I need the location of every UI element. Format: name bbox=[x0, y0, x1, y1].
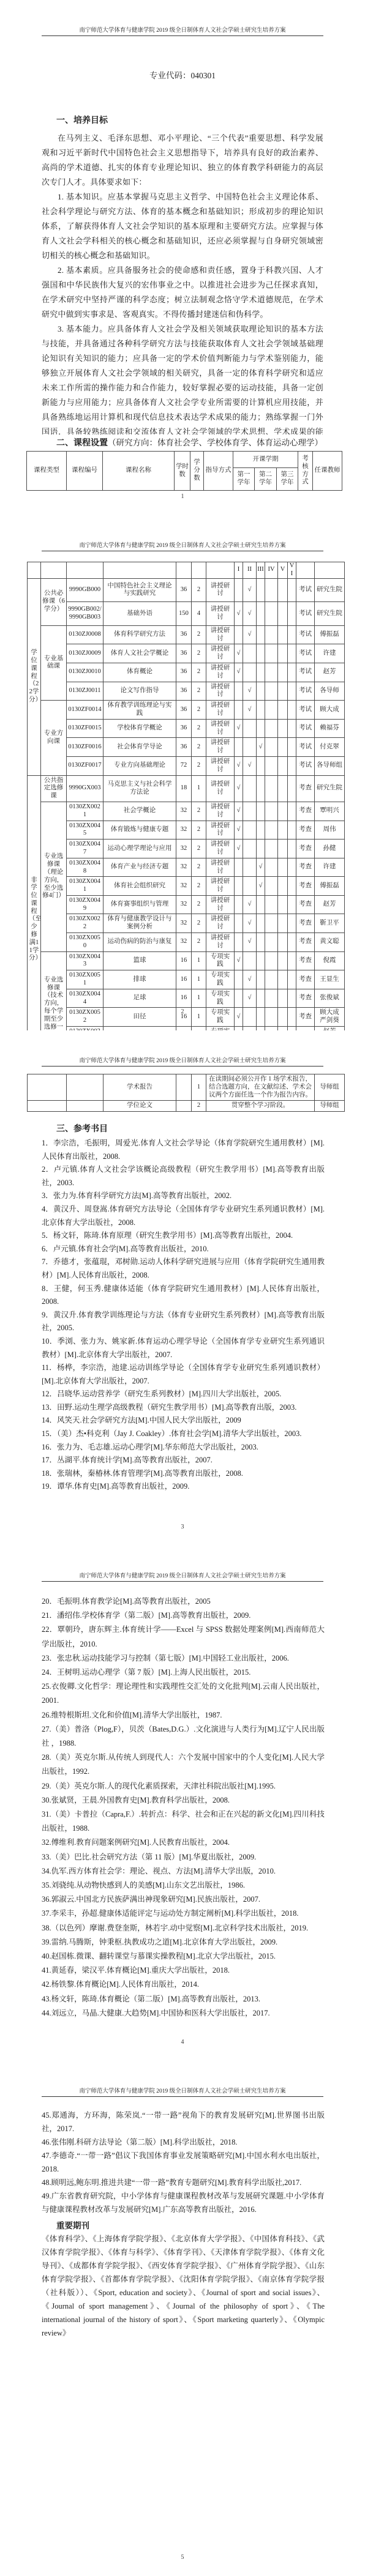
table-cell: 讲授研讨 bbox=[206, 858, 235, 877]
table-cell: 公共必修课（6学分） bbox=[41, 578, 67, 625]
table-cell: √ bbox=[235, 802, 243, 821]
table-cell bbox=[278, 821, 288, 839]
table-cell: √ bbox=[257, 738, 265, 757]
table-cell bbox=[278, 738, 288, 757]
table-cell: 讲授研讨 bbox=[206, 602, 235, 626]
table-cell: 体育教学训练理论与实践 bbox=[103, 701, 176, 720]
reference-item: 12．吕晓华.运动营养学（研究生系列教材）[M].四川大学出版社，2005. bbox=[42, 1388, 325, 1401]
table-row: 0130ZX0047运动心理学理论与应用322讲授研讨√考查孙健 bbox=[28, 839, 345, 858]
table-cell: 孙健 bbox=[315, 839, 345, 858]
table-cell bbox=[235, 738, 243, 757]
table-cell bbox=[28, 1101, 67, 1112]
table-cell bbox=[265, 775, 278, 802]
table-cell bbox=[103, 562, 176, 579]
table-cell: 1 bbox=[192, 951, 206, 970]
table-cell: 研究生院 bbox=[315, 775, 345, 802]
table-cell bbox=[278, 839, 288, 858]
reference-item: 14．风笑天.社会学研究方法[M].中国人民大学出版社，2009 bbox=[42, 1414, 325, 1428]
table-cell: 中国特色社会主义理论与实践研究 bbox=[103, 578, 176, 602]
table-cell: 36 bbox=[176, 644, 192, 663]
table-cell: √ bbox=[243, 578, 257, 602]
table-cell: 第一学年 bbox=[233, 468, 255, 491]
table-cell bbox=[257, 989, 265, 1008]
table-cell bbox=[257, 775, 265, 802]
table-cell bbox=[67, 1101, 103, 1112]
page-number: 2 bbox=[0, 1008, 365, 1015]
table-cell bbox=[288, 756, 296, 775]
reference-item: 21．潘绍伟.学校体育学（第二版）[M].高等教育出版社，2009. bbox=[42, 1609, 325, 1623]
reference-item: 8．王健，何玉秀.健康体适能（体育学院研究生通用教材）[M].人民体育出版社，2… bbox=[42, 1282, 325, 1309]
table-cell: 2 bbox=[192, 1101, 206, 1112]
table-cell: 考试 bbox=[296, 602, 315, 626]
course-table-main: IIIIIIIVVVI学位课程（22学分）公共必修课（6学分）9990GB000… bbox=[27, 562, 345, 1030]
table-cell bbox=[278, 578, 288, 602]
table-cell: 考查 bbox=[296, 821, 315, 839]
table-cell: 讲授研讨 bbox=[206, 701, 235, 720]
reference-item: 42.杨铁黎.体育概论[M].人民体育出版社，2014. bbox=[42, 1978, 325, 1992]
reference-item: 25.衣俊卿.文化哲学：理论理性和实践理性交汇处的文化批判[M].云南人民出版社… bbox=[42, 1680, 325, 1708]
table-cell: 讲授研讨 bbox=[206, 839, 235, 858]
table-cell: 考试 bbox=[296, 738, 315, 757]
table-cell bbox=[288, 602, 296, 626]
table-cell bbox=[243, 719, 257, 738]
table-cell bbox=[257, 602, 265, 626]
table-cell bbox=[278, 663, 288, 682]
table-cell bbox=[265, 663, 278, 682]
table-cell: IV bbox=[265, 562, 278, 579]
table-cell: 考查 bbox=[296, 989, 315, 1008]
reference-item: 20．毛振明.体育教学论[M].高等教育出版社，2005 bbox=[42, 1595, 325, 1609]
table-cell: 体育人文社会学概论 bbox=[103, 644, 176, 663]
table-row: 0130ZJ0011论文写作指导362讲授研讨√考试各导师 bbox=[28, 682, 345, 701]
table-cell bbox=[257, 970, 265, 989]
reference-item: 23．张忠秋.运动技能学习与控制（第七版）[M].中国轻工业出版社，2006. bbox=[42, 1651, 325, 1666]
table-cell: 讲授研讨 bbox=[206, 756, 235, 775]
table-cell bbox=[235, 914, 243, 933]
table-cell bbox=[243, 951, 257, 970]
table-cell: 0130ZF0016 bbox=[67, 738, 103, 757]
table-cell bbox=[257, 951, 265, 970]
table-cell bbox=[265, 719, 278, 738]
table-cell: 傅振磊 bbox=[315, 877, 345, 896]
table-cell bbox=[176, 1074, 192, 1101]
table-cell: 2 bbox=[192, 756, 206, 775]
table-cell: 考查 bbox=[296, 775, 315, 802]
header-rule bbox=[42, 35, 323, 36]
document: { "running_header": "南宁师范大学体育与健康学院 2019 … bbox=[0, 0, 365, 2576]
reference-item: 11．杨桦，李宗浩，池建.运动训练学导论（全国体育学专业研究生系列通识教材）[M… bbox=[42, 1361, 325, 1388]
table-cell: 考查 bbox=[296, 914, 315, 933]
table-cell: √ bbox=[235, 602, 243, 626]
table-row: 0130ZJ0010体育概论362讲授研讨√考试赵芳 bbox=[28, 663, 345, 682]
course-table-continued: 学术报告1在读期间必须公开作 1 场学术报告，结合选题方向，在文献综述、学术会议… bbox=[27, 1074, 345, 1112]
table-cell: 2 bbox=[192, 663, 206, 682]
reference-item: 6．卢元镇.体育社会学[M].高等教育出版社，2010. bbox=[42, 1243, 325, 1256]
table-cell: 社会学概论 bbox=[103, 802, 176, 821]
table-cell bbox=[288, 895, 296, 914]
table-cell: 2 bbox=[192, 895, 206, 914]
table-cell bbox=[257, 578, 265, 602]
table-cell: 0130ZF0015 bbox=[67, 719, 103, 738]
page-number: 5 bbox=[0, 2554, 365, 2561]
table-cell: 考试 bbox=[296, 625, 315, 644]
page-3: 南宁师范大学体育与健康学院 2019 级全日制体育人文社会学硕士研究生培养方案 … bbox=[0, 1030, 365, 1546]
header-rule bbox=[42, 1581, 323, 1582]
table-cell: 考查 bbox=[296, 970, 315, 989]
table-cell: 考试 bbox=[296, 663, 315, 682]
table-row: 0130ZJ0009体育人文社会学概论362讲授研讨√考试许建 bbox=[28, 644, 345, 663]
table-cell bbox=[265, 858, 278, 877]
table-cell: 任课教师 bbox=[313, 452, 342, 491]
table-cell: 讲授研讨 bbox=[206, 719, 235, 738]
table-cell bbox=[67, 1074, 103, 1101]
table-cell: 1 bbox=[192, 989, 206, 1008]
reference-item: 7．乔德才，张蕴琨，邓树勋.运动人体科学研究进展与应用（体育学院研究生通用教材）… bbox=[42, 1256, 325, 1282]
table-cell: 专项实践 bbox=[206, 970, 235, 989]
table-cell: √ bbox=[243, 625, 257, 644]
table-cell: 研究生院 bbox=[315, 602, 345, 626]
table-cell: 赖福芬 bbox=[315, 719, 345, 738]
table-cell bbox=[288, 802, 296, 821]
table-cell: 32 bbox=[176, 877, 192, 896]
table-cell: √ bbox=[235, 644, 243, 663]
table-cell: II bbox=[243, 562, 257, 579]
table-cell: 体育产业与经济专题 bbox=[103, 858, 176, 877]
table-cell bbox=[192, 562, 206, 579]
page-1: 南宁师范大学体育与健康学院 2019 级全日制体育人文社会学硕士研究生培养方案 … bbox=[0, 0, 365, 515]
table-row: 学位论文2贯穿整个学习阶段。导师组 bbox=[28, 1101, 345, 1112]
table-row: 0130ZF0016社会体育学导论362讲授研讨√考试付克翠 bbox=[28, 738, 345, 757]
page-number: 4 bbox=[0, 2039, 365, 2046]
table-cell: 36 bbox=[176, 682, 192, 701]
table-cell bbox=[235, 970, 243, 989]
table-cell: 学位论文 bbox=[103, 1101, 176, 1112]
reference-item: 44.刘远立，马晶.大健康.大趋势[M].中国协和医科大学出版社，2017. bbox=[42, 2006, 325, 2020]
table-cell bbox=[257, 839, 265, 858]
table-cell: 2 bbox=[192, 802, 206, 821]
table-cell: 2 bbox=[192, 877, 206, 896]
section-3-title: 三、参考书目 bbox=[56, 1122, 108, 1134]
table-cell bbox=[265, 914, 278, 933]
table-cell bbox=[243, 775, 257, 802]
table-row: 0130ZX0045体育锻炼与健康专题322讲授研讨√考查周伟 bbox=[28, 821, 345, 839]
reference-item: 19．谭华.体育史[M].高等教育出版社，2009. bbox=[42, 1480, 325, 1494]
table-cell bbox=[257, 625, 265, 644]
table-cell bbox=[278, 775, 288, 802]
table-cell bbox=[235, 701, 243, 720]
table-cell: 考试 bbox=[296, 578, 315, 602]
table-cell: 2 bbox=[192, 701, 206, 720]
table-cell: 足球 bbox=[103, 989, 176, 1008]
table-cell: 各导师组 bbox=[315, 756, 345, 775]
reference-item: 4．黄汉升、周登嵩.体育研究方法导论（全国体育学专业研究生系列通识教材）[M].… bbox=[42, 1203, 325, 1229]
table-cell: 2 bbox=[192, 682, 206, 701]
table-cell bbox=[265, 738, 278, 757]
table-cell: 32 bbox=[176, 914, 192, 933]
table-cell: 9990GX003 bbox=[67, 775, 103, 802]
table-cell: 讲授研讨 bbox=[206, 738, 235, 757]
reference-item: 41.黄延春，梁汉平.体育概论[M].重庆大学出版社，2018. bbox=[42, 1964, 325, 1978]
table-cell: 体育锻炼与健康专题 bbox=[103, 821, 176, 839]
table-cell: 篮球 bbox=[103, 951, 176, 970]
table-cell bbox=[235, 625, 243, 644]
table-cell: 4 bbox=[192, 602, 206, 626]
table-cell: 学分数 bbox=[190, 452, 204, 491]
table-cell: 32 bbox=[176, 839, 192, 858]
table-cell bbox=[265, 989, 278, 1008]
table-cell: 顾大成 bbox=[315, 701, 345, 720]
table-cell: 研究生院 bbox=[315, 578, 345, 602]
table-row: 学术报告1在读期间必须公开作 1 场学术报告，结合选题方向，在文献综述、学术会议… bbox=[28, 1074, 345, 1101]
table-cell: 考查 bbox=[296, 802, 315, 821]
table-cell: √ bbox=[235, 839, 243, 858]
table-cell: 0130ZF0014 bbox=[67, 701, 103, 720]
table-cell: 考查 bbox=[296, 877, 315, 896]
table-cell bbox=[288, 663, 296, 682]
reference-item: 37.李采丰，孙超.健康体适能评定与运动处方制定阐析[M].科学出版社，2018… bbox=[42, 1907, 325, 1921]
table-cell: 2 bbox=[192, 644, 206, 663]
table-cell bbox=[288, 858, 296, 877]
table-cell: 讲授研讨 bbox=[206, 775, 235, 802]
table-cell bbox=[278, 989, 288, 1008]
table-cell bbox=[288, 719, 296, 738]
reference-item: 46.张伟刚.科研方法导论（第二版）[M].科学出版社，2018. bbox=[42, 2135, 325, 2149]
table-cell: 2 bbox=[192, 738, 206, 757]
table-cell bbox=[41, 562, 67, 579]
table-cell: 32 bbox=[176, 802, 192, 821]
table-cell bbox=[278, 719, 288, 738]
reference-item: 31.（美）卡普拉（Capra,F.）.转折点：科学、社会和正在兴起的新文化[M… bbox=[42, 1807, 325, 1836]
table-cell: 36 bbox=[176, 578, 192, 602]
table-row: 专业方向课0130ZF0014体育教学训练理论与实践362讲授研讨√考试顾大成 bbox=[28, 701, 345, 720]
header-rule bbox=[42, 2096, 323, 2097]
table-cell bbox=[243, 877, 257, 896]
reference-item: 1．李宗浩，毛振明，周爱光.体育人文社会学导论（体育学院研究生通用教材）[M].… bbox=[42, 1137, 325, 1163]
table-cell bbox=[265, 701, 278, 720]
table-cell: 32 bbox=[176, 821, 192, 839]
table-cell: 体育社会组织研究 bbox=[103, 877, 176, 896]
paragraph: 3. 基本能力。应具备体育人文社会学及相关领域获取理论知识的基本方法与技能，并具… bbox=[42, 322, 323, 434]
table-cell: 72 bbox=[176, 756, 192, 775]
table-cell bbox=[257, 644, 265, 663]
reference-item: 30.张斌贤，王晨.外国教育史[M].教育科学出版社，2008. bbox=[42, 1793, 325, 1807]
table-cell: 考试 bbox=[296, 701, 315, 720]
table-cell: 专业选修课（理论方向，至少选修4门） bbox=[41, 802, 67, 951]
table-cell bbox=[288, 682, 296, 701]
table-cell bbox=[278, 914, 288, 933]
table-cell: 黄文聪 bbox=[315, 933, 345, 952]
table-cell: 36 bbox=[176, 663, 192, 682]
page-5: 南宁师范大学体育与健康学院 2019 级全日制体育人文社会学硕士研究生培养方案 … bbox=[0, 2061, 365, 2576]
table-row: 0130ZX0041体育社会组织研究322讲授研讨√考查傅振磊 bbox=[28, 877, 345, 896]
section-2-title-note: （研究方向：体育社会学、学校体育学、体育运动心理学） bbox=[108, 438, 323, 447]
table-cell bbox=[288, 625, 296, 644]
reference-item: 40.赵国栋.微课、翻转课堂与慕课实操教程[M].北京大学出版社，2015. bbox=[42, 1949, 325, 1964]
table-cell: 讲授研讨 bbox=[206, 914, 235, 933]
table-cell: 讲授研讨 bbox=[206, 895, 235, 914]
table-cell: 贯穿整个学习阶段。 bbox=[206, 1101, 315, 1112]
course-table-header: 课程类型课程编号课程名称学时数学分数指导方式开课学期考核方式任课教师第一学年第二… bbox=[26, 451, 342, 491]
table-cell bbox=[265, 821, 278, 839]
reference-item: 48.顾明远,鲍东明.推进共建“一带一路”教育专题研究[M].教育科学出版社,2… bbox=[42, 2176, 325, 2189]
table-cell: 2 bbox=[192, 933, 206, 952]
table-cell: 张俊斌 bbox=[315, 989, 345, 1008]
paragraph: 2. 基本素质。应具备服务社会的使命感和责任感，置身于科教兴国、人才强国和中华民… bbox=[42, 263, 323, 322]
table-cell: 32 bbox=[176, 895, 192, 914]
table-cell bbox=[288, 775, 296, 802]
table-cell bbox=[288, 933, 296, 952]
table-cell: 讲授研讨 bbox=[206, 682, 235, 701]
table-cell: 课程名称 bbox=[103, 452, 175, 491]
table-cell: 傅振磊 bbox=[315, 625, 345, 644]
table-cell: 导师组 bbox=[315, 1101, 345, 1112]
table-cell: √ bbox=[243, 895, 257, 914]
page-number: 1 bbox=[0, 493, 365, 500]
reference-item: 38.（以色列）摩谢.费登奎斯，林若宇.动中觉察[M].北京科学技术出版社，20… bbox=[42, 1921, 325, 1935]
reference-item: 26.维特根斯坦.文化和价值[M].清华大学出版社，1987. bbox=[42, 1708, 325, 1722]
reference-item: 9．黄汉升.体育教学训练理论与方法（体育专业研究生系列教材）[M].高等教育出版… bbox=[42, 1309, 325, 1335]
table-cell bbox=[257, 682, 265, 701]
table-cell: √ bbox=[243, 933, 257, 952]
table-cell bbox=[257, 802, 265, 821]
table-row: 0130ZX0044足球161专项实践√考查张俊斌 bbox=[28, 989, 345, 1008]
table-cell bbox=[265, 578, 278, 602]
table-cell: 0130ZX0022 bbox=[67, 914, 103, 933]
table-cell bbox=[28, 562, 41, 579]
reference-item: 15．（美）杰•科克利（Jay J. Coakley）.体育社会学[M].清华大… bbox=[42, 1428, 325, 1441]
table-cell: 2 bbox=[192, 578, 206, 602]
journals-list: 《体育科学》、《上海体育学院学报》、《北京体育大学学报》、《中国体育科技》、《武… bbox=[42, 2232, 325, 2340]
table-cell: 专业基础课 bbox=[41, 625, 67, 700]
table-cell: 9990GB000 bbox=[67, 578, 103, 602]
table-cell bbox=[278, 701, 288, 720]
table-cell: 0130ZJ0010 bbox=[67, 663, 103, 682]
table-cell: 150 bbox=[176, 602, 192, 626]
table-cell bbox=[265, 951, 278, 970]
table-cell: 公共指定选修课 bbox=[41, 775, 67, 802]
table-cell bbox=[257, 756, 265, 775]
table-cell bbox=[288, 877, 296, 896]
table-cell: 1 bbox=[192, 775, 206, 802]
table-cell: 讲授研讨 bbox=[206, 663, 235, 682]
table-cell bbox=[288, 738, 296, 757]
table-cell: 排球 bbox=[103, 970, 176, 989]
table-cell: 开课学期 bbox=[233, 452, 298, 468]
table-cell: 体育科学研究方法 bbox=[103, 625, 176, 644]
table-row: 专业选修课（理论方向，至少选修4门）0130ZX0021社会学概论322讲授研讨… bbox=[28, 802, 345, 821]
table-cell: 考试 bbox=[296, 756, 315, 775]
table-cell bbox=[278, 951, 288, 970]
table-cell: 讲授研讨 bbox=[206, 625, 235, 644]
table-cell bbox=[265, 933, 278, 952]
table-cell bbox=[278, 602, 288, 626]
table-cell: 0130ZX0049 bbox=[67, 895, 103, 914]
reference-item: 29.（美）英克尔斯.人的现代化素质探索，天津社科院出版社[M].1995. bbox=[42, 1779, 325, 1793]
table-cell: 王显生 bbox=[315, 970, 345, 989]
table-cell bbox=[288, 951, 296, 970]
table-row: 非学位课程（至少修满11学分）公共指定选修课9990GX003马克思主义与社会科… bbox=[28, 775, 345, 802]
table-row: 0130ZX0048体育产业与经济专题322讲授研讨√考查许建 bbox=[28, 858, 345, 877]
table-cell: 0130ZF0017 bbox=[67, 756, 103, 775]
table-row: 9990GB002/9990GB003基础外语1504讲授研讨√√考试研究生院 bbox=[28, 602, 345, 626]
reference-list: 45.郑通海，方环海，陈荣岚.“一带一路”视角下的教育发展研究[M].世界图书出… bbox=[42, 2109, 325, 2216]
table-cell: 考查 bbox=[296, 895, 315, 914]
table-cell: 导师组 bbox=[315, 1074, 345, 1101]
reference-item: 35.刘骁纯.从动物快感到人的美感[M].山东文艺出版社，1986. bbox=[42, 1878, 325, 1893]
table-cell: 1 bbox=[192, 1074, 206, 1101]
reference-list: 1．李宗浩，毛振明，周爱光.体育人文社会学导论（体育学院研究生通用教材）[M].… bbox=[42, 1137, 325, 1509]
table-cell: 考查 bbox=[296, 858, 315, 877]
table-cell: 赵芳 bbox=[315, 663, 345, 682]
table-cell: 体育与健康教学设计与案例分析 bbox=[103, 914, 176, 933]
table-cell bbox=[265, 877, 278, 896]
table-row: 0130ZX0050运动伤病的防治与康复322讲授研讨√考查黄文聪 bbox=[28, 933, 345, 952]
table-cell bbox=[288, 821, 296, 839]
table-cell bbox=[176, 1101, 192, 1112]
table-cell bbox=[28, 1074, 67, 1101]
table-cell bbox=[265, 625, 278, 644]
table-cell: 16 bbox=[176, 970, 192, 989]
table-cell bbox=[265, 756, 278, 775]
table-cell bbox=[278, 644, 288, 663]
table-cell: √ bbox=[235, 821, 243, 839]
table-cell: 社会体育学导论 bbox=[103, 738, 176, 757]
table-cell bbox=[278, 877, 288, 896]
header-rule bbox=[42, 551, 323, 551]
reference-item: 5．杨文轩，陈琦.体育原理（研究生教学用书）[M].高等教育出版社，2004. bbox=[42, 1229, 325, 1243]
table-row: 0130ZX0022体育与健康教学设计与案例分析322讲授研讨√考查靳卫平 bbox=[28, 914, 345, 933]
table-cell: 0130ZX0044 bbox=[67, 989, 103, 1008]
reference-item: 2．卢元镇.体育人文社会学该概论高级教程（研究生教学用书）[M].高等教育出版社… bbox=[42, 1163, 325, 1189]
table-cell bbox=[257, 719, 265, 738]
section-2-title-bold: 二、课程设置 bbox=[56, 439, 108, 448]
table-cell bbox=[235, 933, 243, 952]
reference-item: 39.雷纳.马腾斯，钟秉枢.执教成功之道[M].北京体育大学出版社，2009. bbox=[42, 1935, 325, 1949]
table-cell: 指导方式 bbox=[204, 452, 233, 491]
table-cell: 专业方向课 bbox=[41, 701, 67, 775]
table-cell: 讲授研讨 bbox=[206, 578, 235, 602]
table-cell: III bbox=[257, 562, 265, 579]
table-cell bbox=[243, 802, 257, 821]
page-4: 南宁师范大学体育与健康学院 2019 级全日制体育人文社会学硕士研究生培养方案 … bbox=[0, 1546, 365, 2061]
table-cell: 非学位课程（至少修满11学分） bbox=[28, 775, 41, 1030]
table-row: 专业选修课（技术方向，每个学期至少选修一门）0130ZX0043篮球161专项实… bbox=[28, 951, 345, 970]
table-cell: 2 bbox=[192, 625, 206, 644]
table-cell: √ bbox=[235, 775, 243, 802]
table-cell bbox=[296, 562, 315, 579]
table-cell bbox=[257, 821, 265, 839]
table-cell: 付克翠 bbox=[315, 738, 345, 757]
table-cell bbox=[278, 802, 288, 821]
table-cell bbox=[278, 756, 288, 775]
reference-item: 22．覃朝玲，唐东辉主.体育统计学——Excel 与 SPSS 数据处理案例[M… bbox=[42, 1623, 325, 1651]
table-row: 0130ZF0017专业方向基础理论722讲授研讨√√考试各导师组 bbox=[28, 756, 345, 775]
table-cell: 考查 bbox=[296, 951, 315, 970]
table-cell: 第二学年 bbox=[255, 468, 277, 491]
table-cell bbox=[288, 578, 296, 602]
table-cell bbox=[257, 701, 265, 720]
reference-item: 45.郑通海，方环海，陈荣岚.“一带一路”视角下的教育发展研究[M].世界图书出… bbox=[42, 2109, 325, 2135]
table-cell bbox=[278, 858, 288, 877]
table-cell: √ bbox=[243, 682, 257, 701]
table-cell: 专项实践 bbox=[206, 951, 235, 970]
running-header: 南宁师范大学体育与健康学院 2019 级全日制体育人文社会学硕士研究生培养方案 bbox=[37, 1571, 328, 1579]
table-cell: 马克思主义与社会科学方法论 bbox=[103, 775, 176, 802]
table-cell: √ bbox=[235, 719, 243, 738]
table-cell: 运动伤病的防治与康复 bbox=[103, 933, 176, 952]
table-cell: V bbox=[278, 562, 288, 579]
table-cell bbox=[235, 989, 243, 1008]
